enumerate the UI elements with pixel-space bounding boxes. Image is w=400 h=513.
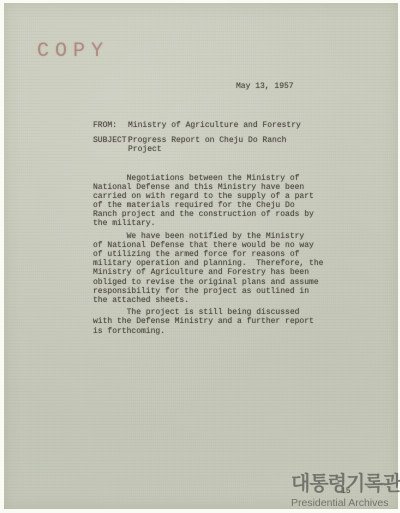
subject-label: SUBJECT:	[93, 136, 128, 154]
page-number: 15	[341, 487, 351, 496]
document-date: May 13, 1957	[236, 82, 294, 91]
from-value: Ministry of Agriculture and Forestry	[128, 121, 301, 130]
paragraph-negotiations: Negotiations between the Ministry of Nat…	[93, 174, 343, 229]
paragraph-forthcoming: The project is still being discussed wit…	[93, 308, 343, 335]
paragraph-notification: We have been notified by the Ministry of…	[93, 232, 343, 305]
watermark-english-text: Presidential Archives	[291, 497, 400, 509]
copy-stamp: COPY	[37, 40, 109, 63]
subject-value: Progress Report on Cheju Do Ranch Projec…	[128, 136, 301, 154]
memo-header: FROM: Ministry of Agriculture and Forest…	[93, 121, 301, 155]
scanned-document-page: COPY May 13, 1957 FROM: Ministry of Agri…	[4, 3, 398, 509]
from-label: FROM:	[93, 121, 128, 130]
memo-body: Negotiations between the Ministry of Nat…	[93, 174, 343, 339]
